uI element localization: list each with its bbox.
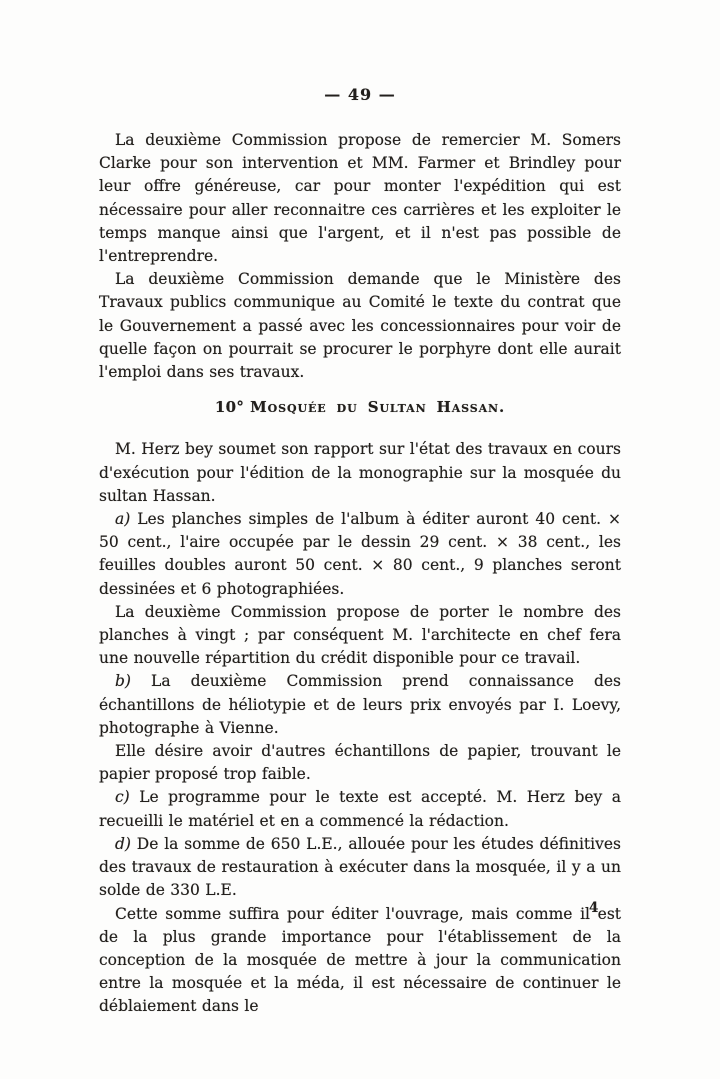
text-block: La deuxième Commission propose de remerc… <box>99 129 621 1019</box>
paragraph: Elle désire avoir d'autres échantillons … <box>99 740 621 786</box>
section-heading: 10° Mosquée du Sultan Hassan. <box>99 396 621 419</box>
paragraph: M. Herz bey soumet son rapport sur l'éta… <box>99 438 621 508</box>
paragraph: a) Les planches simples de l'album à édi… <box>99 508 621 601</box>
paragraph-item-marker: a) <box>115 510 137 528</box>
paragraph-item-marker: d) <box>115 835 137 853</box>
paragraph-item-marker: c) <box>115 788 139 806</box>
signature-mark: 4 <box>589 900 598 916</box>
paragraph: b) La deuxième Commission prend connaiss… <box>99 670 621 740</box>
paragraph: d) De la somme de 650 L.E., allouée pour… <box>99 833 621 903</box>
paragraph: c) Le programme pour le texte est accept… <box>99 786 621 832</box>
paragraph: La deuxième Commission propose de porter… <box>99 601 621 671</box>
section-heading-number: 10° <box>215 398 250 416</box>
paragraph: Cette somme suffira pour éditer l'ouvrag… <box>99 903 621 1019</box>
paragraph-item-marker: b) <box>115 672 151 690</box>
paragraph: La deuxième Commission demande que le Mi… <box>99 268 621 384</box>
section-heading-title: Mosquée du Sultan Hassan. <box>250 398 505 416</box>
scanned-book-page: — 49 — La deuxième Commission propose de… <box>0 0 720 1079</box>
page-number-header: — 49 — <box>99 85 621 104</box>
paragraph: La deuxième Commission propose de remerc… <box>99 129 621 268</box>
